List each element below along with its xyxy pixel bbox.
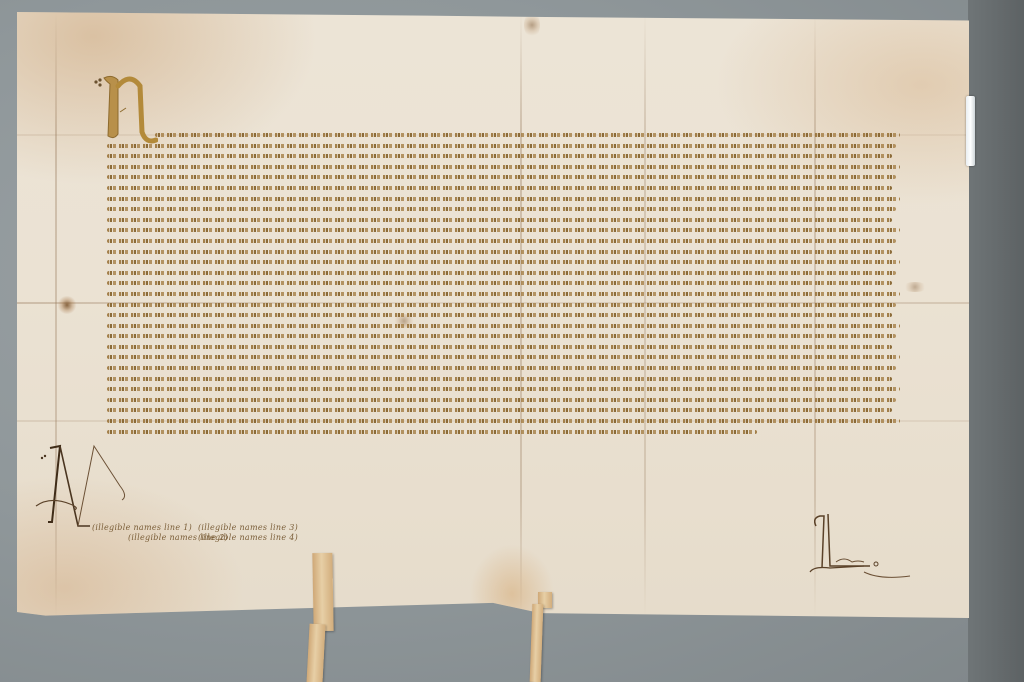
charter-text-line: (illegible script, line 23) [95,363,915,374]
charter-text-line: (illegible script, line 7) [95,194,915,205]
charter-text-line: (illegible script, line 16) [95,289,915,300]
charter-text-line: (illegible script, line 20) [95,331,915,342]
handwritten-ink-stroke [107,260,900,264]
handwritten-ink-stroke [107,355,900,359]
charter-text-line: (illegible script, line 24) [95,374,915,385]
signature-names-line: (illegible names line 3) [198,523,298,532]
charter-text-line: (illegible script, line 26) [95,395,915,406]
handwritten-ink-stroke [107,186,892,190]
handwritten-ink-stroke [107,345,892,349]
charter-text-line: (illegible script, line 3) [95,151,915,162]
charter-text-line: (illegible script, line 14) [95,268,915,279]
charter-text-line: (illegible script, line 10) [95,225,915,236]
charter-text-line: (illegible script, line 2) [95,141,915,152]
handwritten-ink-stroke [107,366,896,370]
handwritten-ink-stroke [107,218,892,222]
charter-text-line: (illegible script, line 17) [95,300,915,311]
handwritten-ink-stroke [107,144,896,148]
handwritten-ink-stroke [107,408,892,412]
charter-text-line: (illegible script, line 21) [95,342,915,353]
charter-text-line: (illegible script, line 29 ending in flo… [95,427,915,438]
stain-mark [524,12,540,38]
handwritten-ink-stroke [107,430,757,434]
notarial-signature-icon [800,510,930,590]
handwritten-ink-stroke [107,165,900,169]
handwritten-ink-stroke [107,334,896,338]
mounting-strip [966,96,975,166]
handwritten-ink-stroke [107,197,900,201]
charter-text-line: Nos ... (illegible medieval Latin script… [95,130,915,141]
handwritten-ink-stroke [107,250,892,254]
charter-text-body: Nos ... (illegible medieval Latin script… [95,130,915,437]
handwritten-ink-stroke [107,207,896,211]
handwritten-ink-stroke [107,313,892,317]
charter-text-line: (illegible script, line 9) [95,215,915,226]
charter-text-line: (illegible script, line 18) [95,310,915,321]
charter-text-line: (illegible script, line 8) [95,204,915,215]
signature-names-line: (illegible names line 4) [198,533,298,542]
charter-text-line: (illegible script, line 27) [95,405,915,416]
backdrop-shadow [968,0,1024,682]
charter-text-line: (illegible script, line 19) [95,321,915,332]
stain-mark [57,296,77,314]
signature-names-line: (illegible names line 1) [92,523,192,532]
charter-text-line: (illegible script, line 25) [95,384,915,395]
charter-text-line: (illegible script, line 6) [95,183,915,194]
charter-text-line: (illegible script, line 15) [95,278,915,289]
handwritten-ink-stroke [155,133,900,137]
seal-tag-right [530,604,544,682]
handwritten-ink-stroke [107,154,892,158]
handwritten-ink-stroke [107,175,896,179]
handwritten-ink-stroke [107,271,896,275]
handwritten-ink-stroke [107,377,892,381]
monogram-signature-icon [30,436,130,536]
seal-tag-left-lower [306,624,325,682]
charter-text-line: (illegible script, line 28) [95,416,915,427]
handwritten-ink-stroke [107,387,900,391]
handwritten-ink-stroke [107,292,900,296]
charter-text-line: (illegible script, line 12) [95,247,915,258]
charter-text-line: (illegible script, line 11) [95,236,915,247]
handwritten-ink-stroke [107,281,892,285]
photo-scene: N Nos ... (illegible medieval Latin scri… [0,0,1024,682]
handwritten-ink-stroke [107,303,896,307]
handwritten-ink-stroke [107,398,896,402]
charter-text-line: (illegible script, line 5) [95,172,915,183]
seal-tag-left [312,553,333,631]
charter-text-line: (illegible script, line 13) [95,257,915,268]
handwritten-ink-stroke [107,239,896,243]
charter-text-line: (illegible script, line 22) [95,352,915,363]
handwritten-ink-stroke [107,419,900,423]
charter-text-line: (illegible script, line 4) [95,162,915,173]
handwritten-ink-stroke [107,324,900,328]
handwritten-ink-stroke [107,228,900,232]
